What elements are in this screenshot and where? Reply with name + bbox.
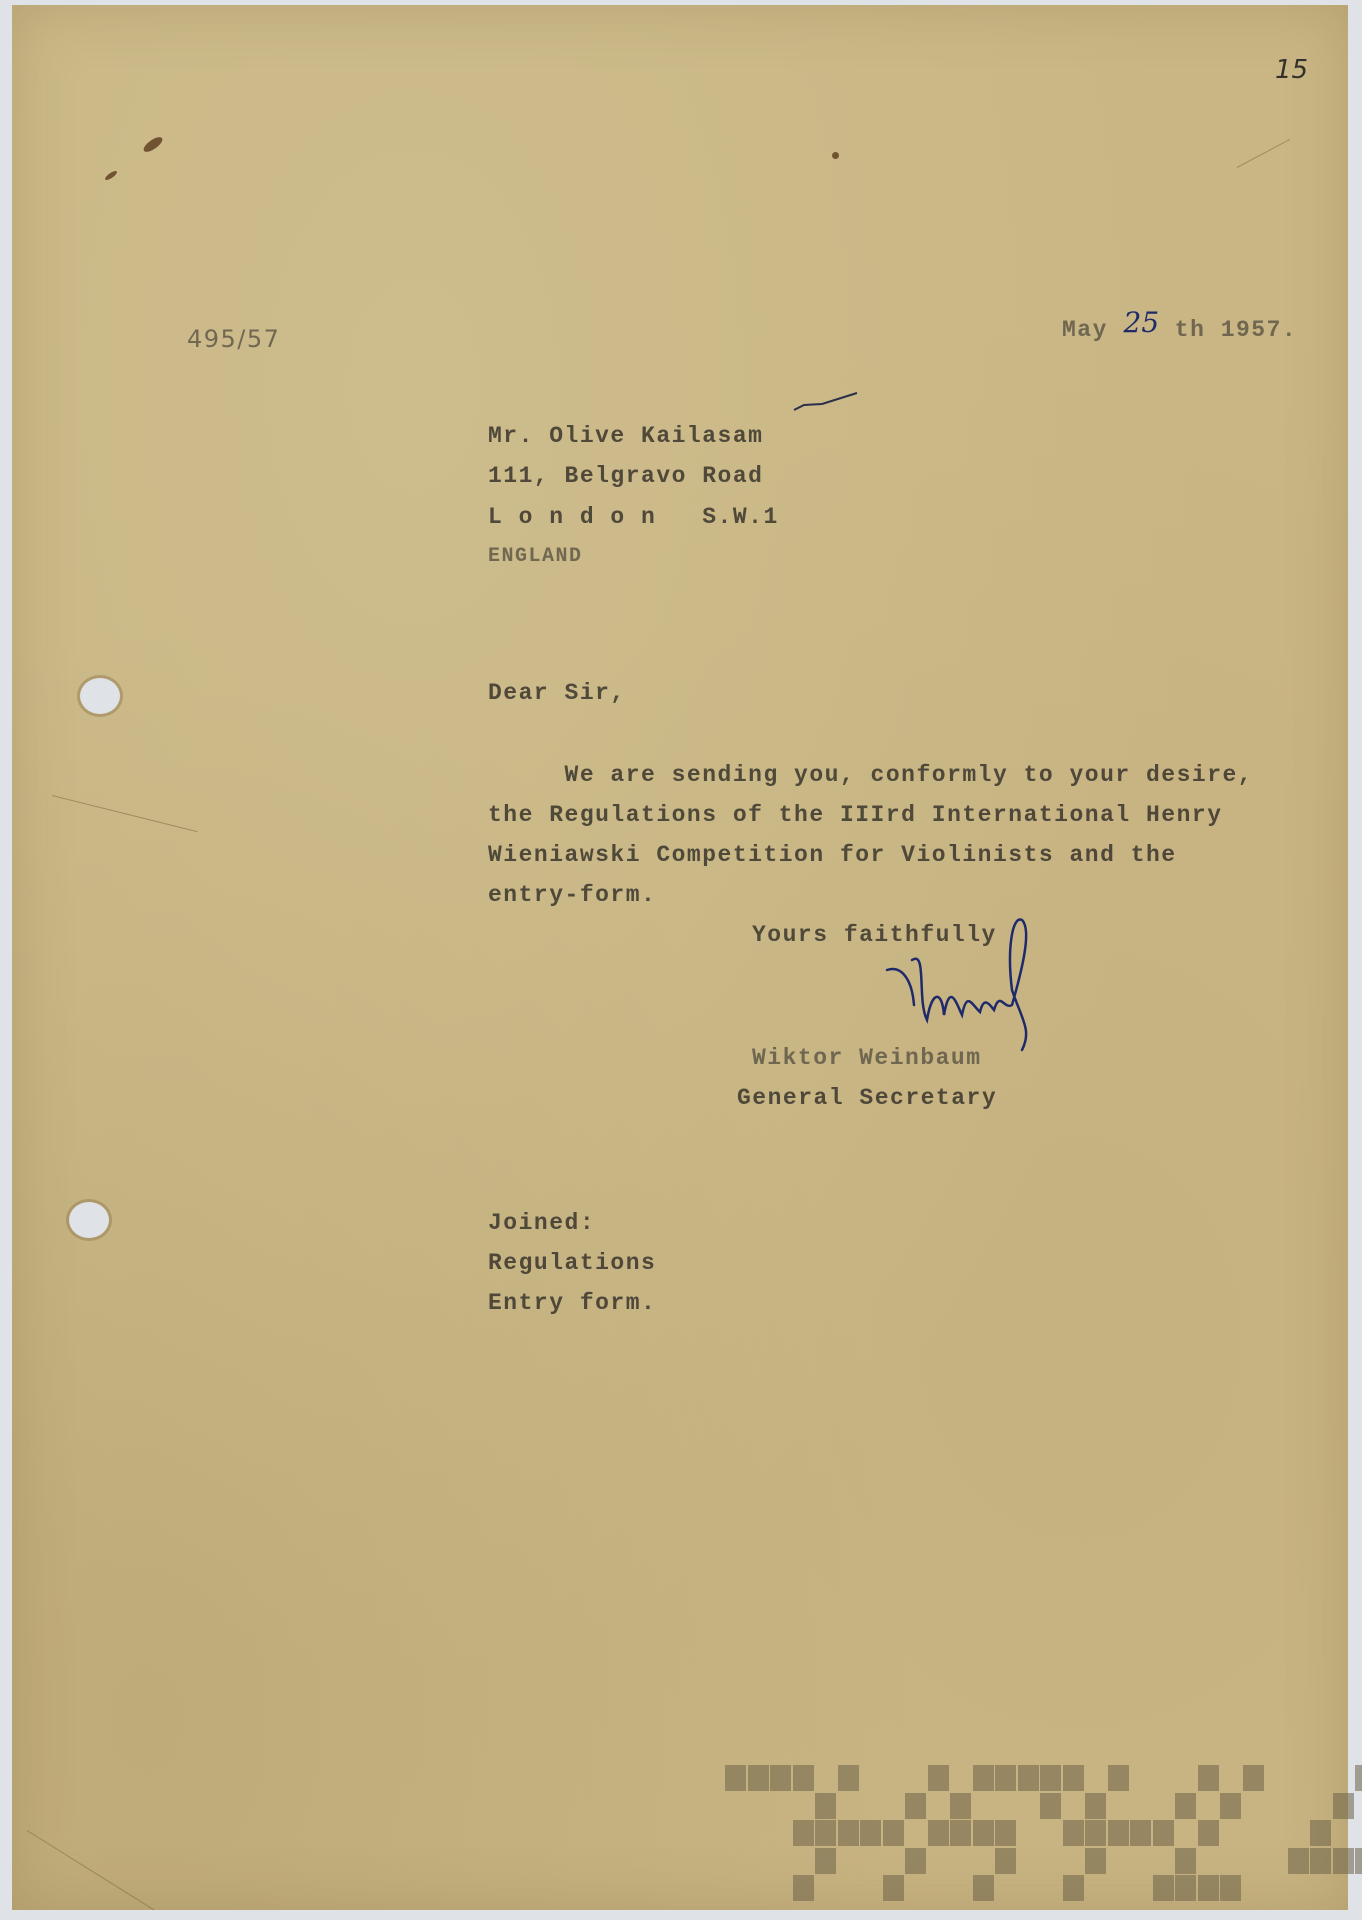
letter-page: 15 495/57 May 25 th 1957. Mr. Olive Kail… (12, 5, 1348, 1910)
ink-dot (832, 152, 839, 159)
cyryl-watermark-logo (725, 1765, 1362, 1901)
date-day-handwritten: 25 (1124, 306, 1160, 339)
salutation: Dear Sir, (488, 680, 626, 706)
recipient-name: Mr. Olive Kailasam (488, 423, 763, 449)
punch-hole (80, 678, 120, 714)
enclosure-item: Regulations (488, 1250, 656, 1276)
recipient-street: 111, Belgravo Road (488, 463, 763, 489)
paper-crease (1237, 139, 1290, 168)
signature (872, 910, 1052, 1060)
handwritten-tick (792, 390, 862, 415)
ink-stain (141, 135, 164, 155)
ink-stain (104, 169, 118, 181)
recipient-country: ENGLAND (488, 545, 583, 568)
enclosures-label: Joined: (488, 1210, 595, 1236)
signer-name: Wiktor Weinbaum (752, 1045, 982, 1071)
paper-crease (27, 1830, 155, 1910)
paper-crease (52, 795, 198, 832)
body-line: We are sending you, conformly to your de… (488, 762, 1253, 788)
recipient-city: L o n d o n S.W.1 (488, 504, 779, 530)
body-line: entry-form. (488, 882, 656, 908)
signer-title: General Secretary (737, 1085, 997, 1111)
enclosure-item: Entry form. (488, 1290, 656, 1316)
body-line: Wieniawski Competition for Violinists an… (488, 842, 1177, 868)
date-month: May (1062, 317, 1108, 343)
body-line: the Regulations of the IIIrd Internation… (488, 802, 1223, 828)
date-line: May 25 th 1957. (1062, 310, 1297, 343)
reference-number: 495/57 (187, 325, 280, 353)
punch-hole (69, 1202, 109, 1238)
date-year: th 1957. (1175, 317, 1297, 343)
page-number: 15 (1275, 55, 1308, 85)
